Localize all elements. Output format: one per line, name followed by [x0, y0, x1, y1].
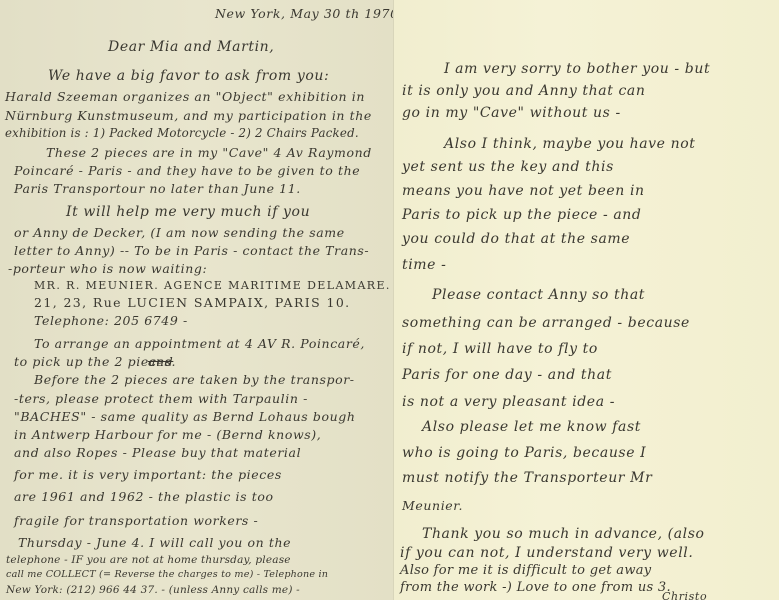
letter-spread: New York, May 30 th 1970. Dear Mia and M… [0, 0, 779, 600]
letter-line: means you have not yet been in [402, 184, 645, 198]
struck-word: and [148, 356, 173, 369]
contact-address: 21, 23, Rue LUCIEN SAMPAIX, PARIS 10. [34, 297, 351, 310]
letter-line: Paris for one day - and that [402, 368, 612, 382]
letter-line: in Antwerp Harbour for me - (Bernd knows… [14, 429, 321, 442]
letter-line: time - [402, 258, 446, 272]
letter-line: Paris Transportour no later than June 11… [14, 183, 301, 196]
letter-line: it is only you and Anny that can [402, 84, 646, 98]
letter-line: are 1961 and 1962 - the plastic is too [14, 491, 274, 504]
letter-line: -ters, please protect them with Tarpauli… [14, 393, 308, 406]
letter-line: fragile for transportation workers - [14, 515, 258, 528]
letter-line: Harald Szeeman organizes an "Object" exh… [5, 91, 365, 104]
salutation: Dear Mia and Martin, [108, 40, 274, 54]
letter-line: is not a very pleasant idea - [402, 395, 615, 409]
letter-line: I am very sorry to bother you - but [444, 62, 710, 76]
letter-line: Paris to pick up the piece - and [402, 208, 641, 222]
letter-line: Thursday - June 4. I will call you on th… [18, 537, 291, 550]
letter-line: or Anny de Decker, (I am now sending the… [14, 227, 345, 240]
letter-line: if you can not, I understand very well. [400, 546, 693, 560]
letter-line: "BACHES" - same quality as Bernd Lohaus … [14, 411, 356, 424]
contact-name: MR. R. MEUNIER. AGENCE MARITIME DELAMARE… [34, 280, 391, 291]
letter-line: must notify the Transporteur Mr [402, 471, 652, 485]
letter-line: go in my "Cave" without us - [402, 106, 621, 120]
contact-telephone: Telephone: 205 6749 - [34, 315, 188, 328]
letter-line: Meunier. [402, 500, 463, 513]
letter-line: if not, I will have to fly to [402, 342, 598, 356]
letter-line: Poincaré - Paris - and they have to be g… [14, 165, 360, 178]
letter-line: -porteur who is now waiting: [8, 263, 207, 276]
letter-line: call me COLLECT (= Reverse the charges t… [6, 570, 328, 580]
letter-line: exhibition is : 1) Packed Motorcycle - 2… [5, 128, 359, 140]
letter-line: Before the 2 pieces are taken by the tra… [34, 374, 355, 387]
letter-line: To arrange an appointment at 4 AV R. Poi… [34, 338, 365, 351]
letter-line: and also Ropes - Please buy that materia… [14, 447, 301, 460]
letter-line: for me. it is very important: the pieces [14, 469, 282, 482]
letter-line: Nürnburg Kunstmuseum, and my participati… [5, 110, 372, 123]
letter-line: These 2 pieces are in my "Cave" 4 Av Ray… [46, 147, 372, 160]
letter-line: letter to Anny) -- To be in Paris - cont… [14, 245, 369, 258]
letter-line: Also for me it is difficult to get away [400, 564, 651, 577]
letter-line: Thank you so much in advance, (also [422, 527, 705, 541]
letter-line: It will help me very much if you [66, 205, 310, 219]
letter-line: Also I think, maybe you have not [444, 137, 695, 151]
letter-page-right: I am very sorry to bother you - but it i… [393, 0, 779, 600]
phone-number-line: New York: (212) 966 44 37. - (unless Ann… [6, 585, 300, 596]
dateline: New York, May 30 th 1970. [215, 8, 393, 21]
letter-line: Please contact Anny so that [432, 288, 645, 302]
letter-line: telephone - IF you are not at home thurs… [6, 555, 291, 566]
letter-page-left: New York, May 30 th 1970. Dear Mia and M… [0, 0, 393, 600]
letter-line: you could do that at the same [402, 232, 630, 246]
letter-line: something can be arranged - because [402, 316, 690, 330]
letter-line: Also please let me know fast [422, 420, 641, 434]
letter-line: who is going to Paris, because I [402, 446, 646, 460]
signature: Christo [662, 591, 707, 600]
letter-line: yet sent us the key and this [402, 160, 614, 174]
letter-line: We have a big favor to ask from you: [48, 69, 329, 83]
letter-line: from the work -) Love to one from us 3. [400, 581, 671, 594]
